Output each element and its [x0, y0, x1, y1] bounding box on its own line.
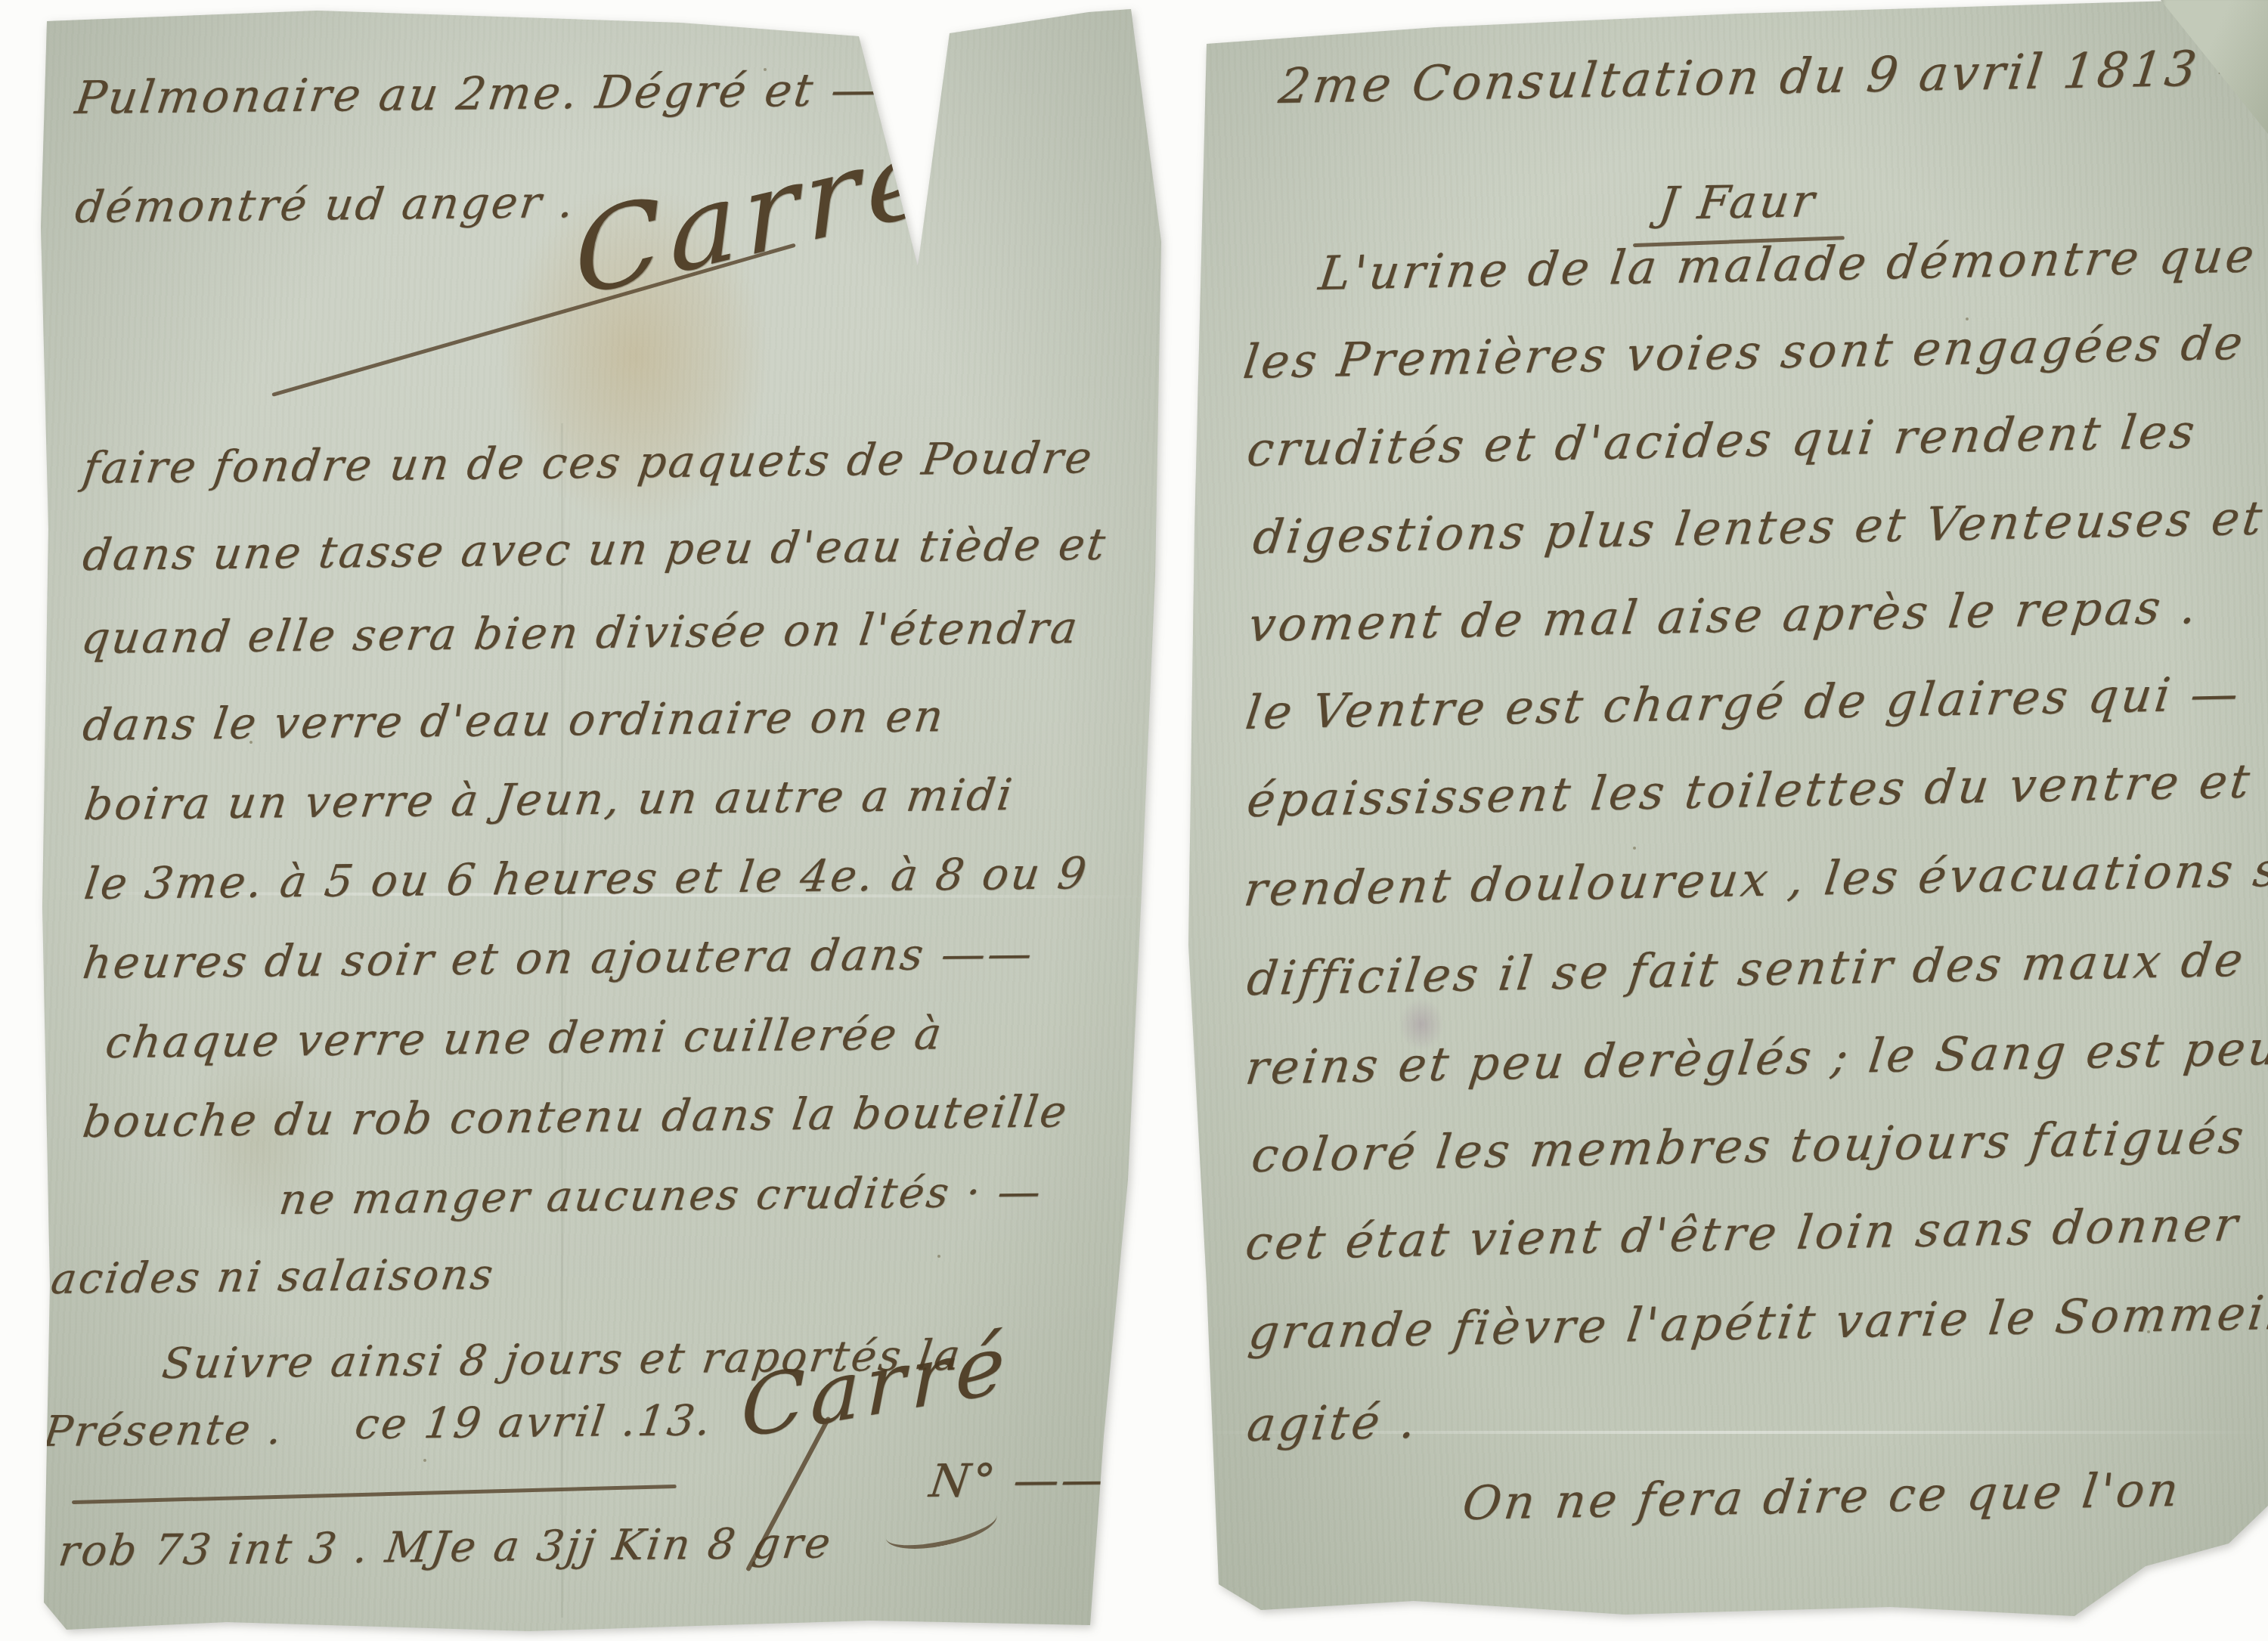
right-body-line-7: épaississent les toilettes du ventre et … — [1244, 752, 2268, 828]
right-body-line-3: crudités et d'acides qui rendent les — [1244, 404, 2201, 477]
right-page: 2me Consultation du 9 avril 1813 —— J Fa… — [0, 0, 2268, 1641]
paper-fleck — [1633, 847, 1636, 850]
right-body-line-13: grande fièvre l'apétit varie le Sommeil — [1246, 1285, 2268, 1360]
right-body-line-2: les Premières voies sont engagées de — [1241, 315, 2249, 389]
right-body-line-1: L'urine de la malade démontre que — [1316, 228, 2260, 301]
right-body-line-9: difficiles il se fait sentir des maux de — [1244, 932, 2249, 1006]
right-body-line-12: cet état vient d'être loin sans donner — [1243, 1197, 2244, 1271]
right-body-line-6: le Ventre est chargé de glaires qui — — [1243, 666, 2245, 740]
right-body-line-5: voment de mal aise après le repas . — [1246, 579, 2203, 652]
right-page-paper: 2me Consultation du 9 avril 1813 —— J Fa… — [0, 0, 2268, 1641]
right-body-line-14: agité . — [1244, 1394, 1422, 1452]
right-body-line-8: rendent douloureux , les évacuations son… — [1241, 841, 2268, 917]
right-body-line-4: digestions plus lentes et Venteuses et — [1250, 490, 2268, 565]
right-header: 2me Consultation du 9 avril 1813 —— — [1276, 39, 2268, 115]
right-subheader: J Faur — [1656, 175, 1820, 231]
manuscript-scan: Pulmonaire au 2me. Dégré et —— démontré … — [0, 0, 2268, 1641]
right-body-line-11: coloré les membres toujours fatigués — [1249, 1109, 2250, 1183]
right-body-line-10: reins et peu derèglés ; le Sang est peu — [1243, 1020, 2268, 1095]
right-body-line-15: On ne fera dire ce que l'on — [1460, 1462, 2185, 1531]
